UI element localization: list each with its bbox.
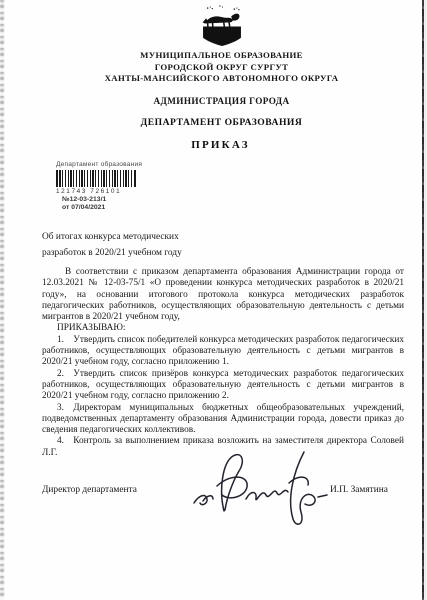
coat-of-arms [0, 5, 427, 47]
scan-edge-right [422, 0, 424, 600]
signature-ink-icon [188, 447, 330, 532]
registration-barcode-stamp: Департамент образования 121743 726101 №1… [56, 161, 152, 211]
barcode-digits: 121743 726101 [56, 188, 152, 195]
org-line-1: МУНИЦИПАЛЬНОЕ ОБРАЗОВАНИЕ [16, 50, 427, 62]
administration-title: АДМИНИСТРАЦИЯ ГОРОДА [0, 96, 427, 106]
department-title: ДЕПАРТАМЕНТ ОБРАЗОВАНИЯ [0, 117, 427, 128]
barcode-icon [56, 170, 136, 187]
document-body: В соответствии с приказом департамента о… [42, 267, 404, 459]
order-item-1: 1. Утвердить список победителей конкурса… [42, 335, 404, 369]
document-type-title: ПРИКАЗ [0, 139, 427, 151]
stamp-label: Департамент образования [56, 161, 152, 168]
document-subject: Об итогах конкурса методических разработ… [42, 230, 262, 261]
signatory-name: И.П. Замятина [330, 485, 388, 495]
resolution-word: ПРИКАЗЫВАЮ: [42, 323, 404, 334]
org-line-2: ГОРОДСКОЙ ОКРУГ СУРГУТ [16, 62, 427, 74]
org-line-3: ХАНТЫ-МАНСИЙСКОГО АВТОНОМНОГО ОКРУГА [16, 73, 427, 85]
order-number: №12-03-213/1 [62, 196, 152, 203]
intro-paragraph: В соответствии с приказом департамента о… [42, 267, 404, 323]
signatory-position: Директор департамента [42, 485, 137, 495]
scanned-order-document: МУНИЦИПАЛЬНОЕ ОБРАЗОВАНИЕ ГОРОДСКОЙ ОКРУ… [0, 0, 427, 600]
subject-line-2: разработок в 2020/21 учебном году [42, 246, 262, 262]
order-date: от 07/04/2021 [62, 204, 152, 211]
subject-line-1: Об итогах конкурса методических [42, 230, 262, 246]
handwritten-signature [188, 447, 330, 537]
scan-edge-left [0, 0, 4, 600]
surgut-fox-emblem-icon [196, 5, 248, 47]
organization-name: МУНИЦИПАЛЬНОЕ ОБРАЗОВАНИЕ ГОРОДСКОЙ ОКРУ… [0, 50, 427, 85]
order-item-3: 3. Директорам муниципальных бюджетных об… [42, 403, 404, 437]
order-item-2: 2. Утвердить список призёров конкурса ме… [42, 369, 404, 403]
